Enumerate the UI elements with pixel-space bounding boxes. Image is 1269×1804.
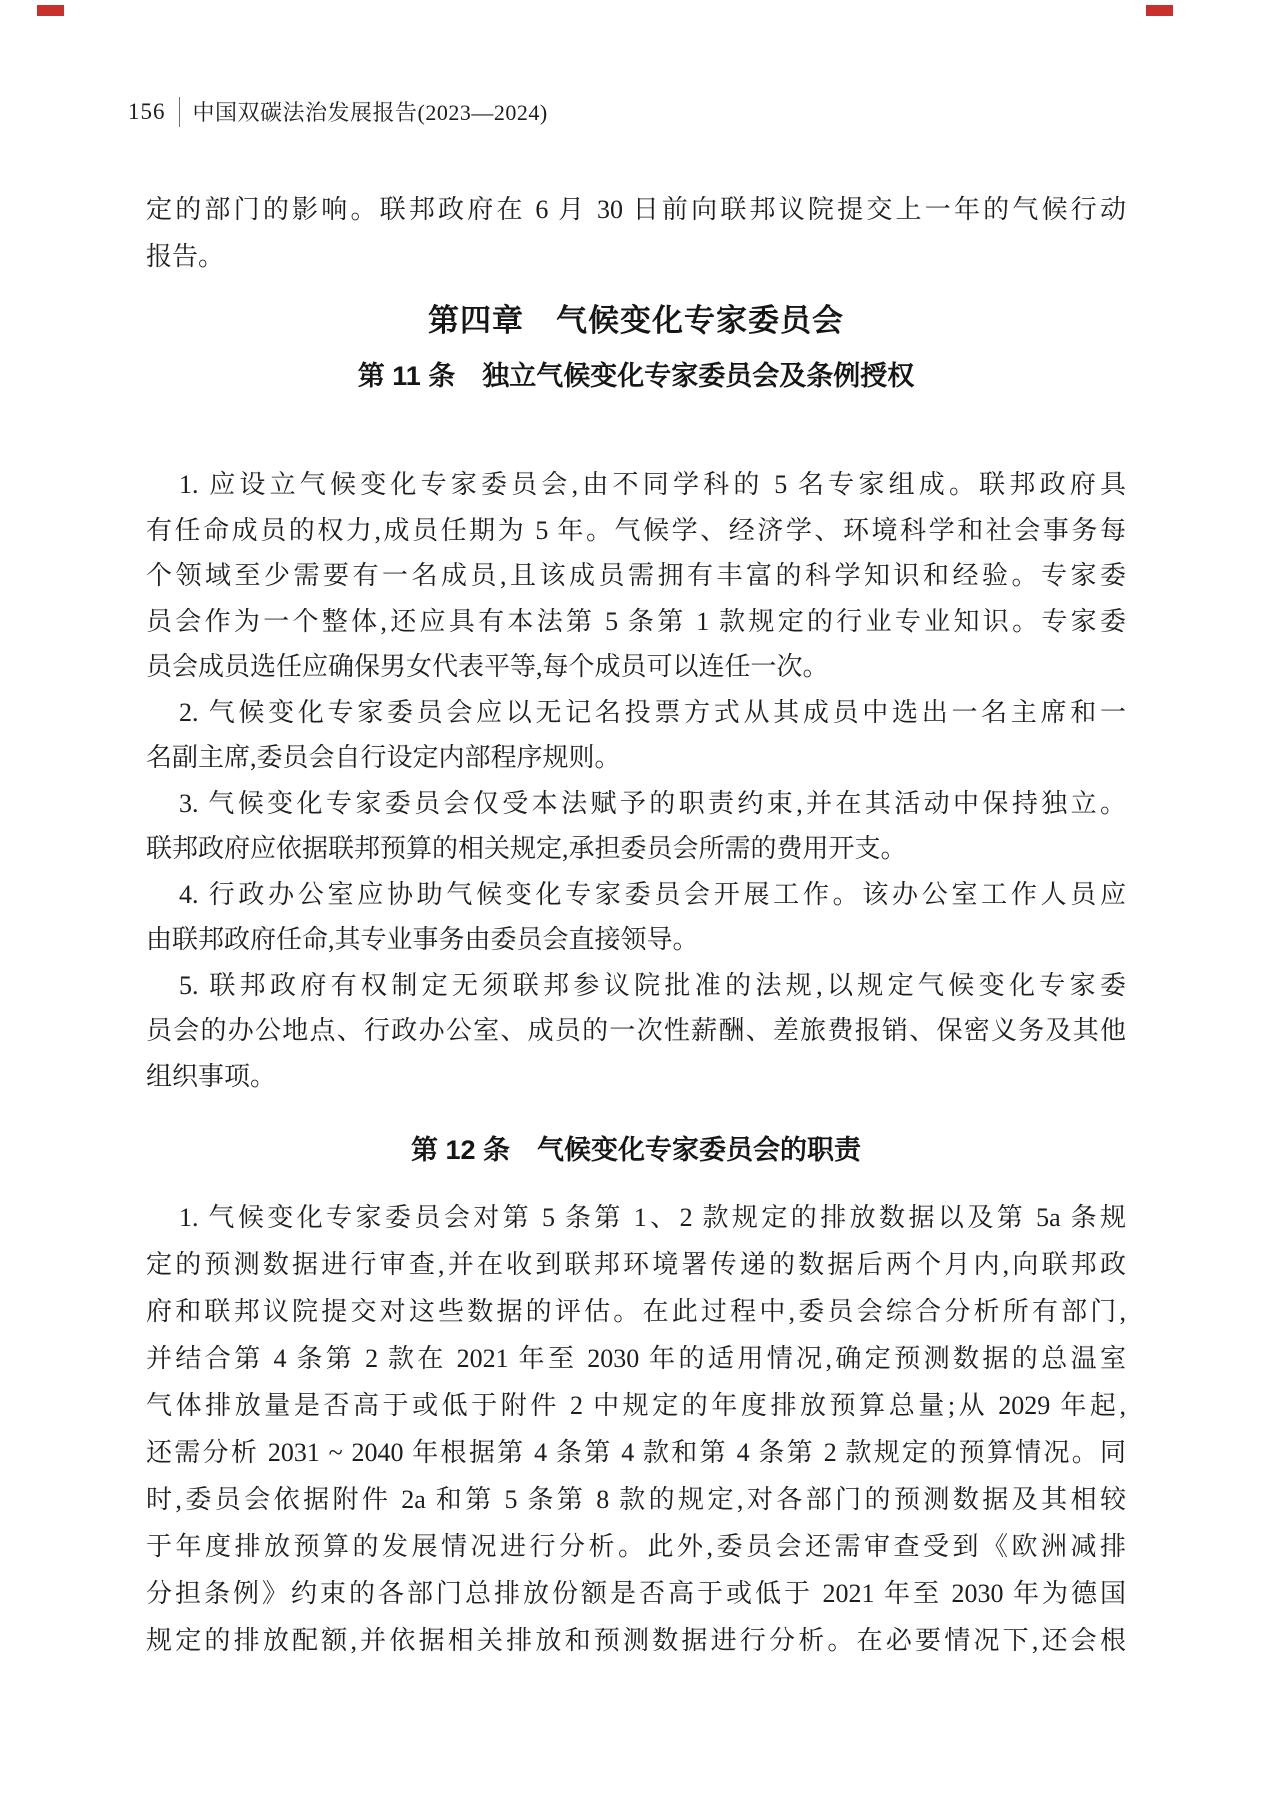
body-line: 于年度排放预算的发展情况进行分析。此外,委员会还需审查受到《欧洲减排 [146,1523,1126,1570]
article-11-body: 1. 应设立气候变化专家委员会,由不同学科的 5 名专家组成。联邦政府具 有任命… [146,462,1126,1099]
article-11-heading: 第 11 条 独立气候变化专家委员会及条例授权 [146,354,1126,393]
body-line: 由联邦政府任命,其专业事务由委员会直接领导。 [146,917,1126,963]
body-line: 员会作为一个整体,还应具有本法第 5 条第 1 款规定的行业专业知识。专家委 [146,599,1126,645]
body-line: 定的预测数据进行审查,并在收到联邦环境署传递的数据后两个月内,向联邦政 [146,1241,1126,1288]
chapter-heading: 第四章 气候变化专家委员会 [146,295,1126,340]
page-header: 156 中国双碳法治发展报告(2023—2024) [128,96,548,127]
body-line: 府和联邦议院提交对这些数据的评估。在此过程中,委员会综合分析所有部门, [146,1288,1126,1335]
body-line: 气体排放量是否高于或低于附件 2 中规定的年度排放预算总量;从 2029 年起, [146,1382,1126,1429]
body-line: 分担条例》约束的各部门总排放份额是否高于或低于 2021 年至 2030 年为德… [146,1570,1126,1617]
body-line: 定的部门的影响。联邦政府在 6 月 30 日前向联邦议院提交上一年的气候行动 [146,186,1126,233]
body-line: 员会的办公地点、行政办公室、成员的一次性薪酬、差旅费报销、保密义务及其他 [146,1008,1126,1054]
book-title: 中国双碳法治发展报告(2023—2024) [193,96,548,127]
body-line: 4. 行政办公室应协助气候变化专家委员会开展工作。该办公室工作人员应 [146,872,1126,918]
article-12-heading: 第 12 条 气候变化专家委员会的职责 [146,1128,1126,1167]
body-line: 1. 气候变化专家委员会对第 5 条第 1、2 款规定的排放数据以及第 5a 条… [146,1194,1126,1241]
body-line: 规定的排放配额,并依据相关排放和预测数据进行分析。在必要情况下,还会根 [146,1617,1126,1664]
body-line: 组织事项。 [146,1054,1126,1100]
red-edge-mark-right [1146,5,1173,16]
page-number: 156 [128,99,166,125]
body-line: 还需分析 2031 ~ 2040 年根据第 4 条第 4 款和第 4 条第 2 … [146,1429,1126,1476]
header-divider [179,97,180,127]
intro-paragraph: 定的部门的影响。联邦政府在 6 月 30 日前向联邦议院提交上一年的气候行动 报… [146,186,1126,280]
body-line: 名副主席,委员会自行设定内部程序规则。 [146,735,1126,781]
body-line: 3. 气候变化专家委员会仅受本法赋予的职责约束,并在其活动中保持独立。 [146,781,1126,827]
body-line: 1. 应设立气候变化专家委员会,由不同学科的 5 名专家组成。联邦政府具 [146,462,1126,508]
body-line: 个领域至少需要有一名成员,且该成员需拥有丰富的科学知识和经验。专家委 [146,553,1126,599]
article-12-body: 1. 气候变化专家委员会对第 5 条第 1、2 款规定的排放数据以及第 5a 条… [146,1194,1126,1664]
body-line: 有任命成员的权力,成员任期为 5 年。气候学、经济学、环境科学和社会事务每 [146,508,1126,554]
body-line: 2. 气候变化专家委员会应以无记名投票方式从其成员中选出一名主席和一 [146,690,1126,736]
body-line: 并结合第 4 条第 2 款在 2021 年至 2030 年的适用情况,确定预测数… [146,1335,1126,1382]
book-page: 156 中国双碳法治发展报告(2023—2024) 定的部门的影响。联邦政府在 … [0,0,1269,1804]
red-edge-mark-left [37,5,64,16]
body-line: 5. 联邦政府有权制定无须联邦参议院批准的法规,以规定气候变化专家委 [146,963,1126,1009]
body-line: 报告。 [146,233,1126,280]
body-line: 员会成员选任应确保男女代表平等,每个成员可以连任一次。 [146,644,1126,690]
body-line: 联邦政府应依据联邦预算的相关规定,承担委员会所需的费用开支。 [146,826,1126,872]
body-line: 时,委员会依据附件 2a 和第 5 条第 8 款的规定,对各部门的预测数据及其相… [146,1476,1126,1523]
